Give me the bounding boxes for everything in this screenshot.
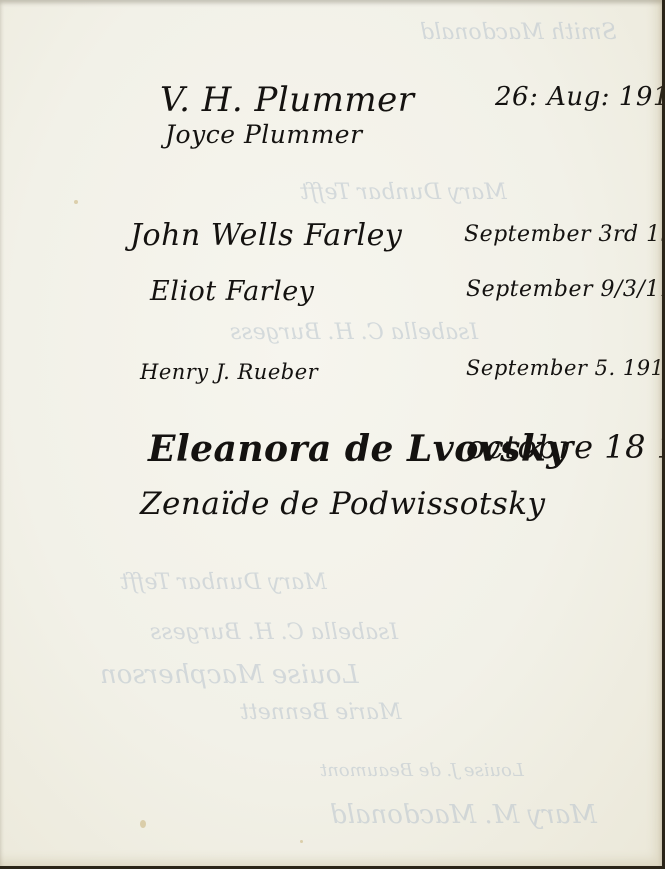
foxing-spot [140, 820, 146, 828]
bleed-through-text: Mary M. Macdonald [330, 800, 597, 830]
bleed-through-text: Isabella C. H. Burgess [150, 620, 398, 645]
bleed-through-text: Mary Dunbar Tefft [300, 180, 507, 205]
bleed-through-text: Louise J. de Beaumont [320, 760, 524, 781]
bleed-through-text: Louise Macpherson [100, 660, 359, 690]
guest-book-page: Smith Macdonald Mary Dunbar Tefft Isabel… [0, 0, 662, 866]
bleed-through-text: Marie Bennett [240, 700, 401, 725]
entry-1-co-signature: Joyce Plummer [165, 120, 363, 149]
entry-3-date: September 9/3/11 [466, 277, 662, 302]
foxing-spot [74, 200, 78, 204]
entry-1-signature: V. H. Plummer [160, 80, 415, 120]
bleed-through-text: Smith Macdonald [420, 20, 617, 45]
entry-2-signature: John Wells Farley [130, 218, 402, 253]
entry-5-co-signature: Zenaïde de Podwissotsky [140, 486, 546, 522]
entry-2-date: September 3rd 1911 [464, 222, 662, 247]
entry-1-date: 26: Aug: 1911 [495, 82, 662, 112]
entry-4-date: September 5. 1911 [466, 356, 662, 380]
entry-4-signature: Henry J. Rueber [140, 360, 318, 384]
bleed-through-text: Isabella C. H. Burgess [230, 320, 478, 345]
entry-3-signature: Eliot Farley [150, 276, 314, 307]
foxing-spot [300, 840, 303, 843]
bleed-through-text: Mary Dunbar Tefft [120, 570, 327, 595]
entry-5-date: octobre 18 1911 [466, 428, 662, 466]
